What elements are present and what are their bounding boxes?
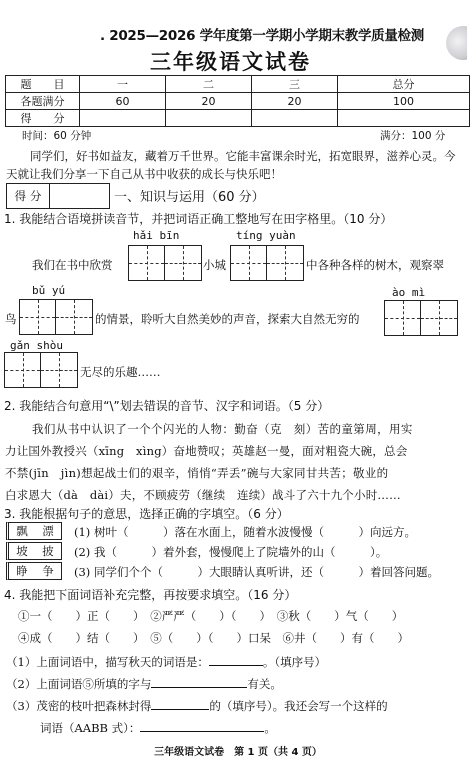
char-choice-pi: 坡 披 (6, 542, 62, 560)
answer-blank[interactable] (151, 697, 209, 710)
char-choice-piao: 飘 漂 (6, 522, 62, 540)
q2-line-1: 我们从书中认识了一个个闪光的人物：勤奋（克 刻）苦的童第周，用实 (32, 421, 413, 437)
q1-text-6: 无尽的乐趣…… (80, 364, 161, 380)
char-option: 披 (42, 543, 54, 559)
pinyin-tingyuan: tíng yuàn (236, 229, 296, 242)
pinyin-haibin: hǎi bīn (133, 229, 179, 242)
char-option: 漂 (42, 523, 54, 539)
intro-line-1: 同学们，好书如益友，藏着万千世界。它能丰富课余时光，拓宽眼界，滋养心灵。今 (30, 148, 456, 164)
table-cell: 20 (166, 93, 252, 110)
q3-sentence-3: (3) 同学们个个（ ）大眼睛认真听讲，还（ ）着回答问题。 (74, 564, 439, 580)
pinyin-ganshou: gǎn shòu (10, 339, 63, 352)
question-1-title: 1. 我能结合语境拼读音节，并把词语正确工整地写在田字格里。（10 分） (4, 210, 392, 227)
page-footer: 三年级语文试卷 第 1 页（共 4 页） (0, 743, 476, 758)
q4-sub-2: （2）上面词语⑤所填的字与有关。 (6, 675, 282, 692)
pinyin-aomi: ào mì (392, 286, 425, 299)
q3-sentence-2: (2) 我（ ）着外套，慢慢爬上了院墙外的山（ ）。 (74, 544, 387, 560)
exam-title: 三年级语文试卷 (150, 46, 311, 76)
table-row: 各题满分 60 20 20 100 (6, 93, 470, 110)
q1-text-1: 我们在书中欣赏 (32, 257, 113, 273)
pinyin-buyu: bǔ yú (32, 284, 65, 297)
q4-word-row-1: ①一（ ）正（ ） ②严严（ ）（ ） ③秋（ ）气（ ） (18, 608, 403, 624)
section-score-box: 得 分 (6, 183, 110, 209)
question-2-title: 2. 我能结合句意用“\”划去错误的音节、汉字和词语。（5 分） (4, 397, 329, 414)
q1-text-4: 鸟 (5, 311, 17, 327)
q1-text-2: 小城 (203, 257, 226, 273)
writing-grid-tingyuan[interactable] (230, 245, 304, 281)
writing-grid-buyu[interactable] (19, 299, 93, 335)
answer-blank[interactable] (140, 719, 264, 732)
q1-text-3: 中各种各样的树木，观察翠 (306, 257, 444, 273)
char-option: 争 (42, 563, 54, 579)
section-score-input[interactable] (50, 184, 109, 208)
table-cell: 20 (252, 93, 338, 110)
char-choice-zheng: 睁 争 (6, 562, 62, 580)
writing-grid-aomi[interactable] (384, 300, 458, 336)
table-cell: 各题满分 (6, 93, 80, 110)
q2-line-3: 不禁(jīn jìn)想起战士们的艰辛，悄悄“弄丢”碗与大家同甘共苦；敬业的 (5, 465, 388, 481)
intro-line-2: 天就让我们分享一下自己从书中收获的成长与快乐吧！ (6, 166, 282, 182)
q4-word-row-2: ④成（ ）结（ ） ⑤（ ）（ ）口呆 ⑥井（ ）有（ ） (18, 630, 409, 646)
score-table: 题 目 一 二 三 总分 各题满分 60 20 20 100 得 分 (5, 75, 470, 127)
exam-time: 时间：60 分钟 (22, 128, 91, 143)
full-score: 满分：100 分 (380, 128, 445, 143)
char-option: 睁 (16, 563, 28, 579)
score-input-cell[interactable] (252, 110, 338, 127)
score-input-cell[interactable] (166, 110, 252, 127)
table-cell: 得 分 (6, 110, 80, 127)
q2-line-2: 力让国外教授兴（xīng xìng）奋地赞叹；英雄赵一曼，面对粗瓷大碗，总会 (5, 443, 407, 459)
table-cell: 三 (252, 76, 338, 93)
table-cell: 题 目 (6, 76, 80, 93)
exam-subtitle: . 2025—2026 学年度第一学期小学期末教学质量检测 (100, 24, 424, 44)
q4-sub-1: （1）上面词语中，描写秋天的词语是：。（填序号） (6, 653, 326, 670)
table-cell: 一 (80, 76, 166, 93)
score-input-cell[interactable] (80, 110, 166, 127)
q1-text-5: 的情景，聆听大自然美妙的声音，探索大自然无穷的 (95, 311, 360, 327)
section-title: 一、知识与运用（60 分） (114, 186, 265, 205)
writing-grid-haibin[interactable] (128, 245, 202, 281)
question-4-title: 4. 我能把下面词语补充完整，再按要求填空。（16 分） (4, 586, 296, 603)
question-3-title: 3. 我能根据句子的意思，选择正确的字填空。（6 分） (4, 505, 289, 522)
table-row: 得 分 (6, 110, 470, 127)
score-input-cell[interactable] (338, 110, 470, 127)
table-cell: 总分 (338, 76, 470, 93)
char-option: 坡 (16, 543, 28, 559)
table-cell: 60 (80, 93, 166, 110)
table-cell: 二 (166, 76, 252, 93)
moon-decoration-icon (446, 26, 476, 60)
answer-blank[interactable] (209, 653, 263, 666)
table-row: 题 目 一 二 三 总分 (6, 76, 470, 93)
section-score-label: 得 分 (7, 184, 50, 208)
q4-sub-3-cont: 词语（AABB 式）：。 (40, 719, 276, 736)
q4-sub-3: （3）茂密的枝叶把森林封得的（填序号）。我还会写一个这样的 (6, 697, 388, 714)
writing-grid-ganshou[interactable] (4, 352, 78, 388)
q3-sentence-1: (1) 树叶（ ）落在水面上，随着水波慢慢（ ）向远方。 (74, 524, 416, 540)
table-cell: 100 (338, 93, 470, 110)
answer-blank[interactable] (151, 675, 247, 688)
q2-line-4: 白求恩大（dà dài）夫，不顾疲劳（继续 连续）战斗了六十九个小时…… (5, 487, 401, 503)
char-option: 飘 (16, 523, 28, 539)
